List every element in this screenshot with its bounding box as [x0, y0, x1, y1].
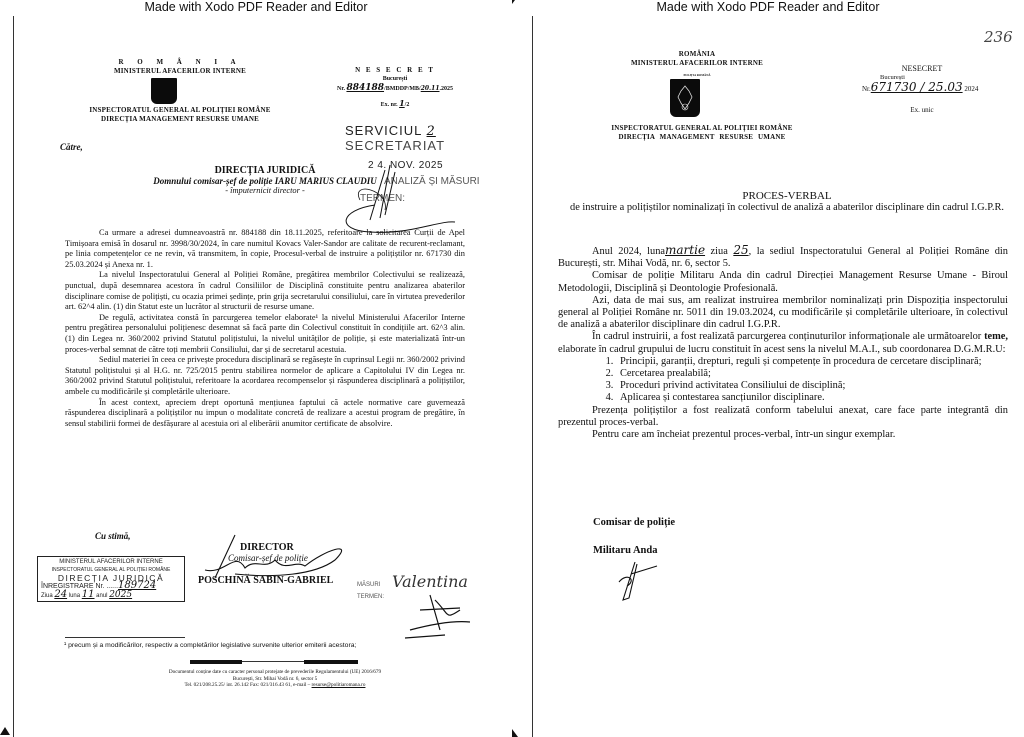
city-label: București — [320, 75, 470, 84]
topics-intro-text: elaborate în cadrul grupului de lucru co… — [558, 344, 1006, 355]
nr-suffix: /BMDDP/MB/ — [384, 86, 421, 92]
classification-label: NESECRET — [852, 64, 992, 74]
document-title: PROCES-VERBAL — [552, 190, 1022, 202]
letterhead-left-institution: INSPECTORATUL GENERAL AL POLIȚIEI ROMÂNE… — [562, 124, 842, 142]
secretariat-stamp: SERVICIUL 2 SECRETARIAT — [345, 124, 465, 153]
paragraph: Azi, data de mai sus, am realizat instru… — [558, 295, 1008, 332]
footer-address: București, Str. Mihai Vodă nr. 6, sector… — [80, 676, 470, 683]
reg-label: ÎNREGISTRARE Nr. ...... — [41, 583, 118, 590]
report-body: Anul 2024, lunamartie ziua 25, la sediul… — [558, 244, 1008, 441]
salutation-to: Către, — [60, 142, 83, 152]
ministry-label: MINISTERUL AFACERILOR INTERNE — [60, 67, 300, 76]
resolution-termen: TERMEN: — [357, 594, 384, 600]
coat-of-arms-icon — [670, 79, 700, 117]
topic-item: Proceduri privind activitatea Consiliulu… — [616, 380, 1008, 392]
signatory-signature — [617, 560, 677, 605]
year-label: anul — [96, 593, 107, 599]
country-label: ROMÂNIA — [602, 50, 792, 59]
reg-stamp-ministry: MINISTERUL AFACERILOR INTERNE — [41, 558, 181, 566]
resolution-signature — [400, 590, 490, 640]
footer-contact: Tel. 021/208.25.25/ int. 26.142 Fax: 021… — [80, 682, 470, 689]
watermark: Made with Xodo PDF Reader and Editor — [0, 0, 512, 14]
ministry-label: MINISTERUL AFACERILOR INTERNE — [602, 59, 792, 68]
intro-text: Anul 2024, luna — [592, 246, 665, 257]
footer-gdpr: Documentul conține date cu caracter pers… — [80, 669, 470, 676]
page-edge-line — [13, 16, 14, 737]
letterhead-left-institution: INSPECTORATUL GENERAL AL POLIȚIEI ROMÂNE… — [40, 106, 320, 124]
topics-intro-text: În cadrul instruirii, a fost realizată p… — [592, 331, 984, 342]
letterhead-right: N E S E C R E T București Nr. 884188/BMD… — [320, 66, 470, 110]
copy-number: Ex. nr. 1/2 — [320, 99, 470, 110]
paragraph: În acest context, apreciem drept oportun… — [65, 398, 465, 430]
paragraph: Pentru care am încheiat prezentul proces… — [558, 429, 1008, 441]
document-title-block: PROCES-VERBAL de instruire a polițiștilo… — [552, 190, 1022, 214]
day-handwritten: 25 — [733, 243, 748, 257]
topic-item: Cercetarea prealabilă; — [616, 368, 1008, 380]
page-bottom-marker — [512, 729, 518, 737]
nr-handwritten: 671730 / 25.03 — [871, 80, 963, 94]
addressee-name: Domnului comisar-șef de poliție IARU MAR… — [120, 176, 410, 186]
paragraph: Sediul materiei în ceea ce privește proc… — [65, 355, 465, 397]
footer-phone: Tel. 021/208.25.25/ int. 26.142 Fax: 021… — [185, 682, 312, 688]
resolution-handwritten: Valentina — [392, 572, 468, 591]
month-handwritten: martie — [665, 243, 705, 257]
stamp-service-number: 2 — [427, 124, 436, 139]
registration-number: Nr. 884188/BMDDP/MB/20.11.2025 — [320, 84, 470, 94]
ex-label: Ex. nr. — [381, 102, 398, 108]
directorate-label: DIRECȚIA MANAGEMENT RESURSE UMANE — [40, 115, 320, 124]
copy-number: Ex. unic — [882, 106, 962, 114]
registration-stamp: MINISTERUL AFACERILOR INTERNE INSPECTORA… — [37, 556, 185, 602]
signatory-name: Militaru Anda — [593, 545, 657, 556]
topics-intro: În cadrul instruirii, a fost realizată p… — [558, 331, 1008, 355]
footer-bar-middle — [242, 661, 304, 664]
directorate-label: DIRECȚIA MANAGEMENT RESURSE UMANE — [562, 133, 842, 142]
intro-paragraph: Anul 2024, lunamartie ziua 25, la sediul… — [558, 244, 1008, 270]
document-subtitle: de instruire a polițiștilor nominalizați… — [552, 202, 1022, 214]
year-label: .2025 — [440, 86, 454, 92]
nr-handwritten: 884188 — [346, 83, 384, 93]
reg-stamp-directorate: DIRECȚIA JURIDICĂ — [41, 574, 181, 582]
reg-stamp-date: Ziua 24 luna 11 anul 2025 — [41, 591, 181, 600]
topic-item: Principii, garanții, drepturi, reguli și… — [616, 356, 1008, 368]
month-label: luna — [69, 593, 80, 599]
page-edge-line — [532, 16, 533, 737]
paragraph: Ca urmare a adresei dumneavoastră nr. 88… — [65, 228, 465, 270]
stamp-secretariat: SECRETARIAT — [345, 139, 465, 153]
letterhead-left: ROMÂNIA MINISTERUL AFACERILOR INTERNE — [602, 50, 792, 68]
ex-total: /2 — [405, 102, 410, 108]
paragraph: Prezența polițiștilor a fost realizată c… — [558, 405, 1008, 429]
letter-body: Ca urmare a adresei dumneavoastră nr. 88… — [65, 228, 465, 429]
paragraph: La nivelul Inspectoratului General al Po… — [65, 270, 465, 312]
director-signature — [195, 530, 355, 585]
page-corner-marker — [0, 727, 10, 735]
addressee-title: DIRECȚIA JURIDICĂ — [120, 165, 410, 176]
date-handwritten: 20.11 — [421, 85, 440, 92]
year-value: 2025 — [109, 590, 132, 600]
footer-email-link[interactable]: resurse@politiaromana.ro — [312, 682, 366, 688]
nr-prefix: Nr. — [337, 86, 345, 92]
footer-bar-left — [190, 660, 242, 664]
page-top-marker — [512, 0, 518, 4]
inspectorate-label: INSPECTORATUL GENERAL AL POLIȚIEI ROMÂNE — [40, 106, 320, 115]
day-value: 24 — [54, 589, 67, 600]
footnote-divider — [65, 637, 185, 638]
crest-label: POLIȚIA ROMÂNĂ — [672, 73, 722, 77]
day-label: Ziua — [41, 593, 53, 599]
topics-intro-bold: teme, — [984, 331, 1008, 342]
paragraph: Comisar de poliție Militaru Anda din cad… — [558, 270, 1008, 294]
month-value: 11 — [82, 589, 95, 600]
year-label: 2024 — [964, 85, 978, 93]
addressee-block: DIRECȚIA JURIDICĂ Domnului comisar-șef d… — [120, 165, 410, 195]
resolution-masuri: MĂSURI — [357, 582, 380, 588]
classification-label: N E S E C R E T — [320, 66, 470, 75]
registration-number: Nr.671730 / 25.03 2024 — [862, 80, 978, 94]
watermark: Made with Xodo PDF Reader and Editor — [512, 0, 1024, 14]
inspectorate-label: INSPECTORATUL GENERAL AL POLIȚIEI ROMÂNE — [562, 124, 842, 133]
stamp-service-label: SERVICIUL — [345, 123, 422, 138]
letterhead-left: R O M Â N I A MINISTERUL AFACERILOR INTE… — [60, 58, 300, 76]
page-number-handwritten: 236 — [984, 28, 1013, 46]
topic-item: Aplicarea și contestarea sancțiunilor di… — [616, 392, 1008, 404]
intro-text: ziua — [705, 246, 733, 257]
footer-bar-right — [304, 660, 358, 664]
topics-list: Principii, garanții, drepturi, reguli și… — [558, 356, 1008, 405]
document-page-left[interactable]: Made with Xodo PDF Reader and Editor R O… — [0, 0, 512, 737]
paragraph: De regulă, activitatea constă în parcurg… — [65, 313, 465, 355]
letterhead-right: NESECRET — [852, 64, 992, 74]
page-footer: Documentul conține date cu caracter pers… — [80, 669, 470, 689]
stamp-service: SERVICIUL 2 — [345, 124, 465, 139]
nr-prefix: Nr. — [862, 85, 871, 93]
signatory-rank: Comisar de poliție — [593, 517, 675, 528]
footnote: ¹ precum și a modificărilor, respectiv a… — [64, 642, 356, 649]
country-label: R O M Â N I A — [60, 58, 300, 67]
document-page-right[interactable]: Made with Xodo PDF Reader and Editor 236… — [512, 0, 1024, 737]
closing-salutation: Cu stimă, — [95, 531, 131, 541]
coat-of-arms-icon — [151, 78, 177, 104]
addressee-role: - împuternicit director - — [120, 186, 410, 195]
pdf-viewer: Made with Xodo PDF Reader and Editor R O… — [0, 0, 1024, 737]
